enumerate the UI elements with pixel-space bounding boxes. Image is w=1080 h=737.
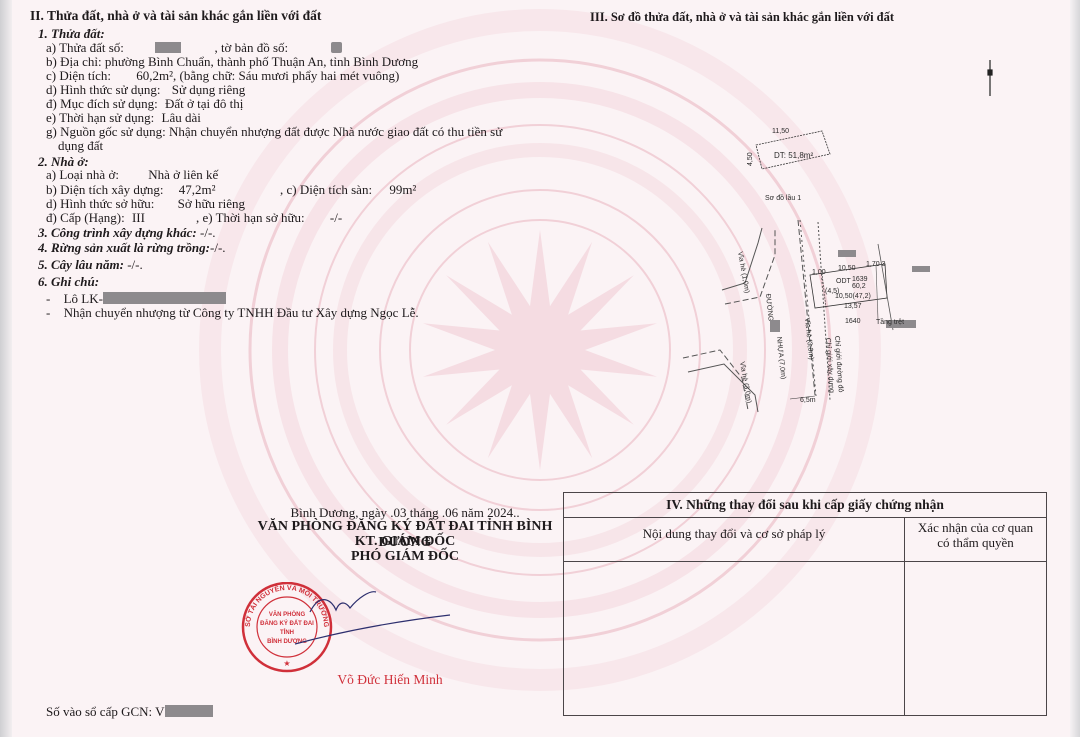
purpose-row: đ) Mục đích sử dụng: Đất ở tại đô thị <box>46 97 243 110</box>
svg-text:Vỉa hè (3,0m): Vỉa hè (3,0m) <box>803 317 815 360</box>
svg-text:1640: 1640 <box>845 318 861 325</box>
area-value: 60,2m², (bằng chữ: Sáu mươi phẩy hai mét… <box>136 68 399 83</box>
changes-col-content: Nội dung thay đổi và cơ sở pháp lý <box>564 518 905 562</box>
svg-text:1,00: 1,00 <box>812 269 826 276</box>
term-value: Lâu dài <box>162 110 201 125</box>
floor-area-value: 99m² <box>389 182 416 197</box>
official-stamp: SỞ TÀI NGUYÊN VÀ MÔI TRƯỜNG VĂN PHÒNG ĐĂ… <box>240 582 460 677</box>
svg-text:BÌNH DƯƠNG: BÌNH DƯƠNG <box>267 637 307 645</box>
floor-area-row: , c) Diện tích sàn: 99m² <box>280 183 416 196</box>
svg-text:Vỉa hè (3,0m): Vỉa hè (3,0m) <box>738 361 753 404</box>
notes-heading: 6. Ghi chú: <box>38 274 99 290</box>
forest-row: 4. Rừng sản xuất là rừng trồng:-/-. <box>38 241 226 254</box>
svg-text:6,5m: 6,5m <box>800 397 816 404</box>
svg-text:TỈNH: TỈNH <box>280 629 294 636</box>
note-item-2: - Nhận chuyển nhượng từ Công ty TNHH Đầu… <box>46 306 419 319</box>
svg-text:Tầng trệt: Tầng trệt <box>876 317 904 326</box>
own-term-value: -/- <box>330 210 342 225</box>
own-term-label: , e) Thời hạn sở hữu: <box>196 210 305 225</box>
origin-row-cont: dụng đất <box>58 139 103 152</box>
ownership-label: d) Hình thức sở hữu: <box>46 196 154 211</box>
built-area-value: 47,2m² <box>179 182 216 197</box>
gcn-label: Số vào sổ cấp GCN: V <box>46 704 165 719</box>
signer-name: Võ Đức Hiến Minh <box>320 672 460 688</box>
house-type-value: Nhà ở liên kế <box>148 167 218 182</box>
scan-edge-right <box>1070 0 1080 737</box>
section-4-title: IV. Những thay đổi sau khi cấp giấy chứn… <box>564 493 1047 518</box>
usage-form-label: d) Hình thức sử dụng: <box>46 82 160 97</box>
origin-row: g) Nguồn gốc sử dụng: Nhận chuyển nhượng… <box>46 125 502 138</box>
svg-text:NHỰA (7,0m): NHỰA (7,0m) <box>775 336 786 379</box>
north-arrow-icon <box>988 60 992 96</box>
usage-form-value: Sử dụng riêng <box>172 82 246 97</box>
area-row: c) Diện tích: 60,2m², (bằng chữ: Sáu mươ… <box>46 69 399 82</box>
map-sheet-redacted <box>331 42 342 53</box>
signer-title-1: KT. GIÁM ĐỐC <box>240 534 570 550</box>
term-label: e) Thời hạn sử dụng: <box>46 110 154 125</box>
purpose-label: đ) Mục đích sử dụng: <box>46 96 158 111</box>
changes-col-confirm: Xác nhận của cơ quan có thẩm quyền <box>905 518 1047 562</box>
confirm-line-1: Xác nhận của cơ quan <box>906 520 1045 535</box>
svg-text:1,70 3: 1,70 3 <box>866 261 886 268</box>
own-term-row: , e) Thời hạn sở hữu: -/- <box>196 211 342 224</box>
svg-text:DT: 51,8m²: DT: 51,8m² <box>774 151 813 160</box>
house-type-row: a) Loại nhà ở: Nhà ở liên kế <box>46 168 218 181</box>
address-row: b) Địa chỉ: phường Bình Chuẩn, thành phố… <box>46 55 418 68</box>
signer-title-2: PHÓ GIÁM ĐỐC <box>240 549 570 565</box>
other-construction-row: 3. Công trình xây dựng khác: -/-. <box>38 226 216 239</box>
grade-label: đ) Cấp (Hạng): <box>46 210 125 225</box>
built-area-row: b) Diện tích xây dựng: 47,2m² <box>46 183 216 196</box>
svg-text:4,50: 4,50 <box>747 152 754 166</box>
svg-text:ĐĂNG KÝ ĐẤT ĐAI: ĐĂNG KÝ ĐẤT ĐAI <box>260 620 314 627</box>
other-construction-label: 3. Công trình xây dựng khác: <box>38 225 197 240</box>
svg-text:★: ★ <box>283 659 290 668</box>
svg-text:ĐƯỜNG: ĐƯỜNG <box>764 293 776 321</box>
ownership-value: Sở hữu riêng <box>178 196 245 211</box>
svg-text:11,50: 11,50 <box>772 128 789 135</box>
note-item-1: - Lô LK- <box>46 292 226 305</box>
usage-form-row: d) Hình thức sử dụng: Sử dụng riêng <box>46 83 245 96</box>
parcel-number-redacted <box>155 42 181 53</box>
svg-text:Sơ đồ lầu 1: Sơ đồ lầu 1 <box>765 193 801 202</box>
svg-text:10,50(47,2): 10,50(47,2) <box>835 293 871 300</box>
svg-text:ODT: ODT <box>836 278 852 285</box>
svg-text:60,2: 60,2 <box>852 283 866 290</box>
forest-label: 4. Rừng sản xuất là rừng trồng: <box>38 240 210 255</box>
perennial-value: -/-. <box>124 257 143 272</box>
term-row: e) Thời hạn sử dụng: Lâu dài <box>46 111 201 124</box>
house-type-label: a) Loại nhà ở: <box>46 167 119 182</box>
section-2-title: II. Thửa đất, nhà ở và tài sản khác gắn … <box>30 8 321 24</box>
changes-confirm-cell <box>905 562 1047 716</box>
gcn-number-row: Số vào sổ cấp GCN: V <box>46 705 213 718</box>
section-3-title: III. Sơ đồ thửa đất, nhà ở và tài sản kh… <box>590 10 894 25</box>
changes-table: IV. Những thay đổi sau khi cấp giấy chứn… <box>563 492 1047 716</box>
lot-number-redacted <box>103 292 226 304</box>
ownership-row: d) Hình thức sở hữu: Sở hữu riêng <box>46 197 245 210</box>
grade-value: III <box>132 210 145 225</box>
svg-text:1639: 1639 <box>852 276 868 283</box>
confirm-line-2: có thẩm quyền <box>906 535 1045 550</box>
changes-content-cell <box>564 562 905 716</box>
perennial-label: 5. Cây lâu năm: <box>38 257 124 272</box>
other-construction-value: -/-. <box>197 225 216 240</box>
floor-plan-upper: 11,50 4,50 DT: 51,8m² Sơ đồ lầu 1 <box>747 128 830 202</box>
scan-edge-left <box>0 0 12 737</box>
grade-row: đ) Cấp (Hạng): III <box>46 211 145 224</box>
purpose-value: Đất ở tại đô thị <box>165 96 243 111</box>
floor-area-label: , c) Diện tích sàn: <box>280 182 372 197</box>
parcel-label: a) Thửa đất số: <box>46 40 124 55</box>
forest-value: -/-. <box>210 240 226 255</box>
area-label: c) Diện tích: <box>46 68 111 83</box>
note-bullet: - <box>46 291 50 306</box>
perennial-row: 5. Cây lâu năm: -/-. <box>38 258 143 271</box>
note-text: Nhận chuyển nhượng từ Công ty TNHH Đầu t… <box>64 305 419 320</box>
map-sheet-label: , tờ bản đồ số: <box>214 40 288 55</box>
svg-text:VĂN PHÒNG: VĂN PHÒNG <box>269 610 306 618</box>
parcel-number-row: a) Thửa đất số: , tờ bản đồ số: <box>46 41 342 54</box>
note-bullet: - <box>46 305 50 320</box>
gcn-number-redacted <box>165 705 213 717</box>
note-text: Lô LK- <box>64 291 103 306</box>
site-diagram: 11,50 4,50 DT: 51,8m² Sơ đồ lầu 1 Vỉa hè… <box>580 30 1060 470</box>
svg-text:10,50: 10,50 <box>838 265 856 272</box>
built-area-label: b) Diện tích xây dựng: <box>46 182 164 197</box>
svg-text:13,57: 13,57 <box>844 303 862 310</box>
